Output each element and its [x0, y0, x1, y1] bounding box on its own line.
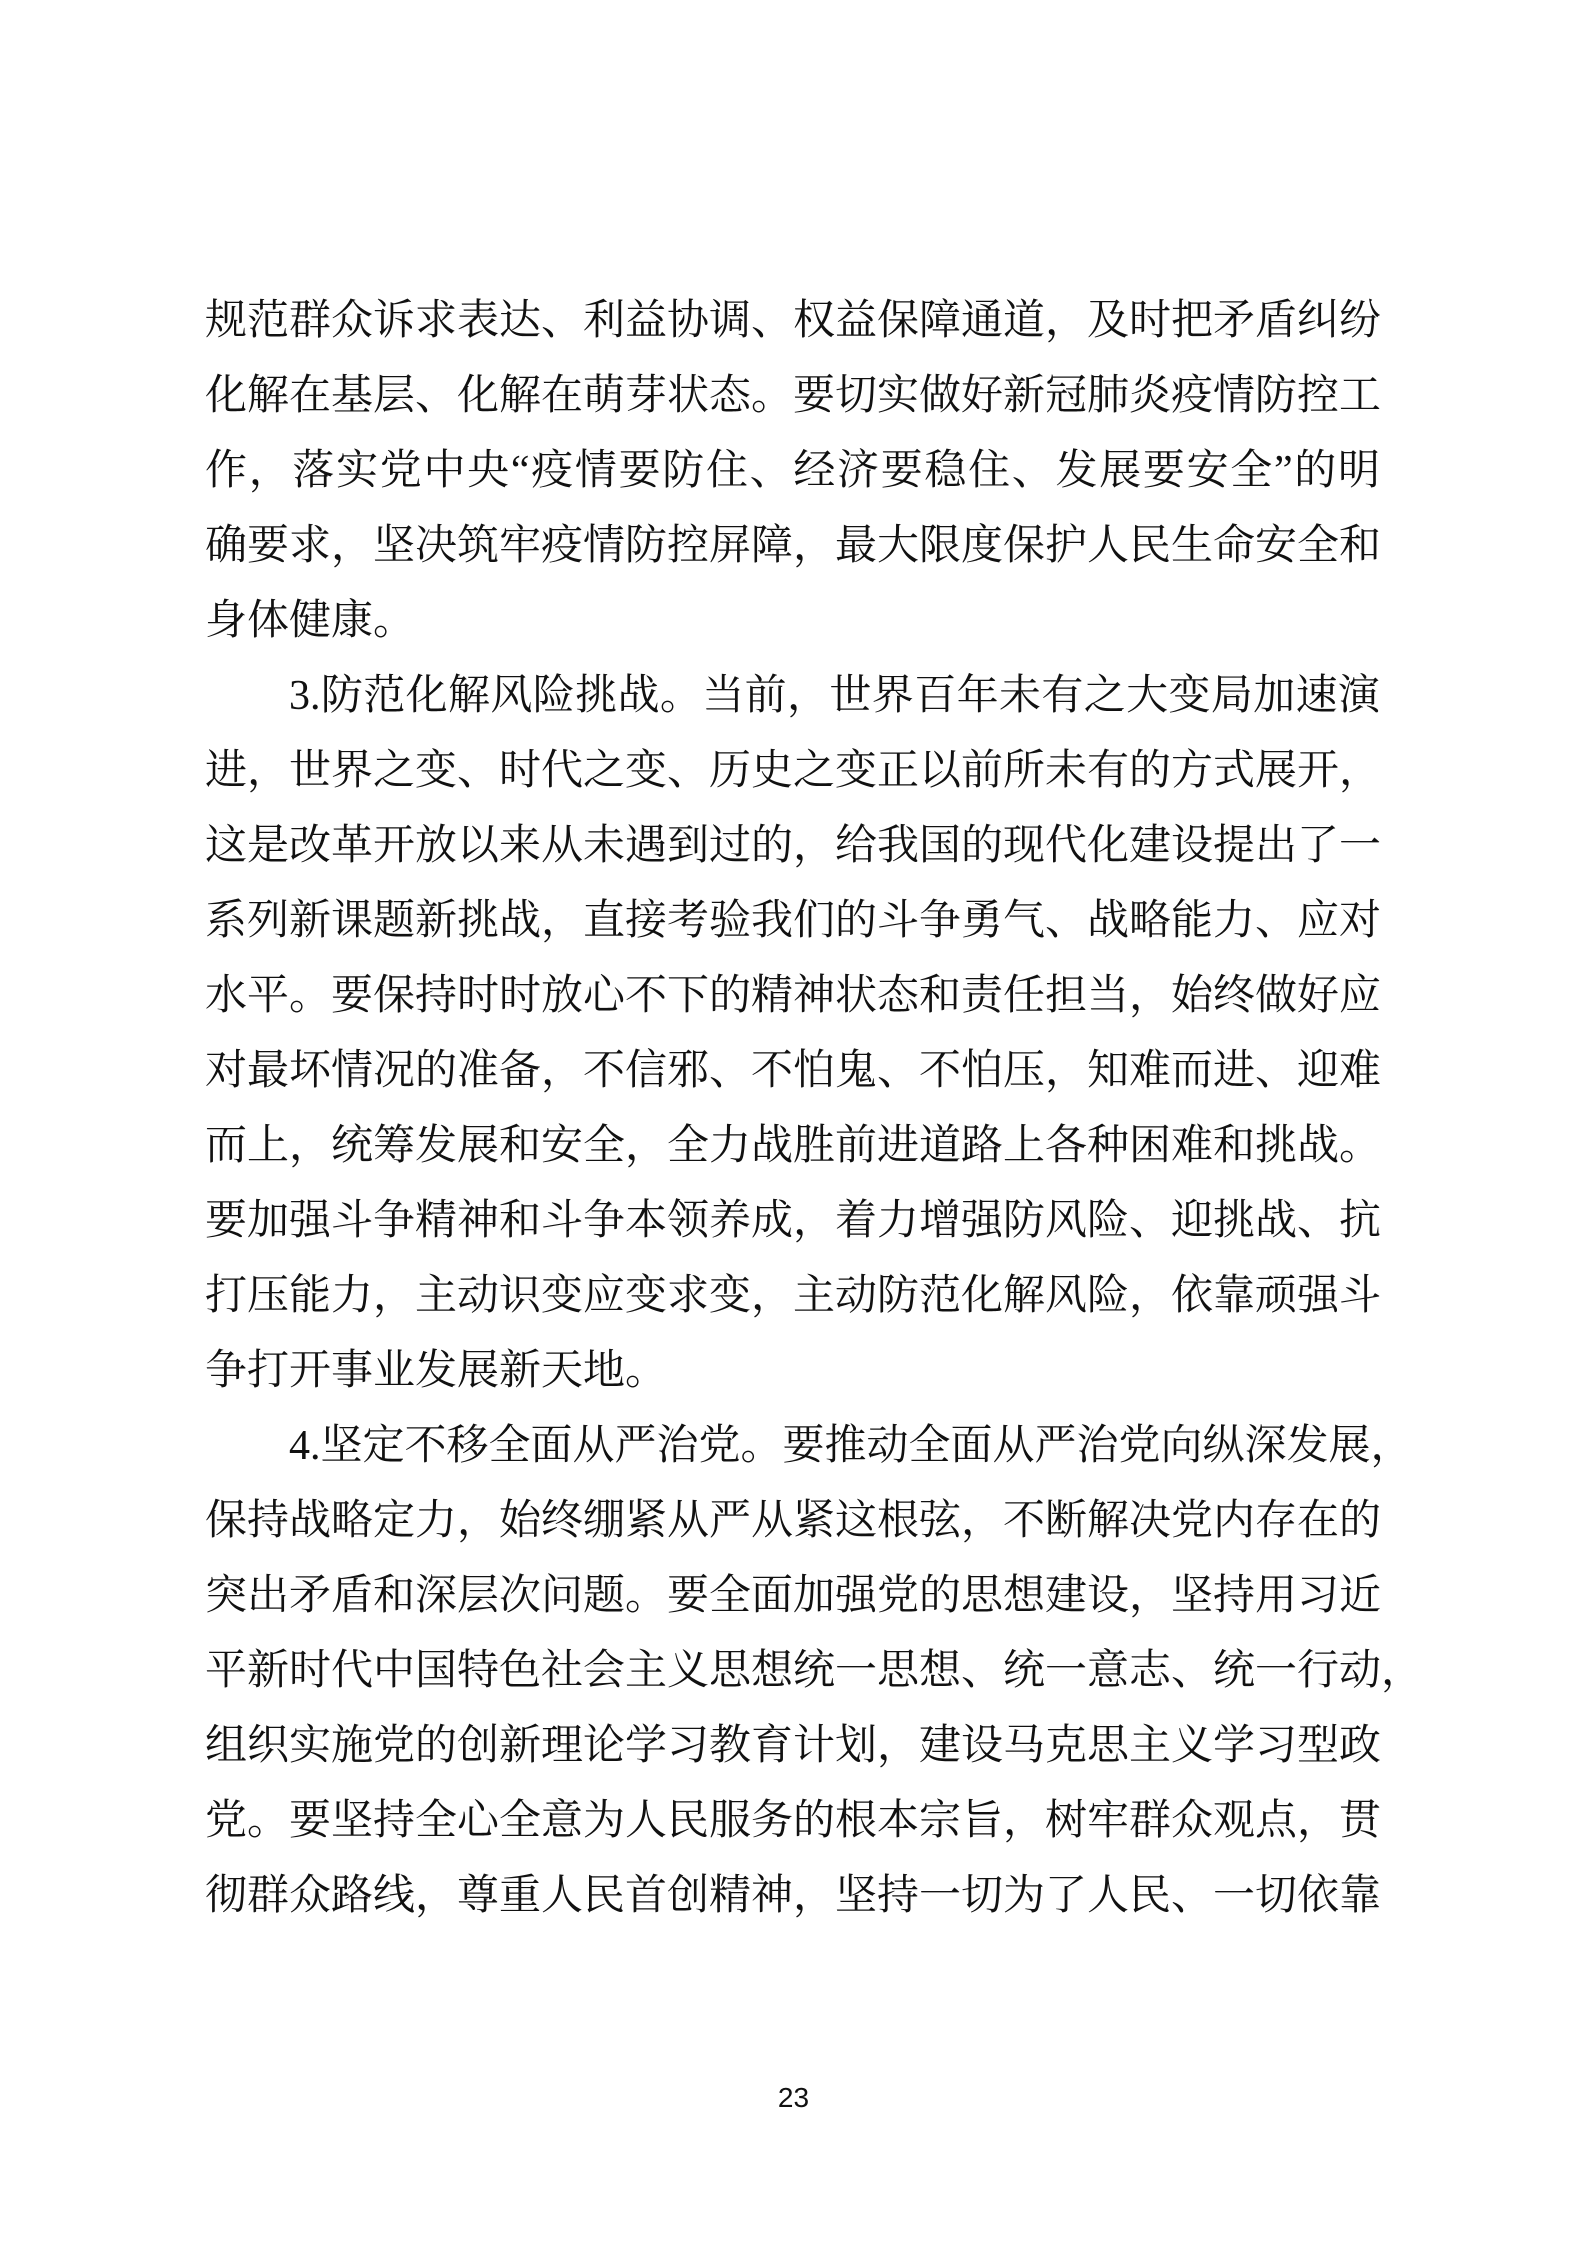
text-line: 彻群众路线，尊重人民首创精神，坚持一切为了人民、一切依靠 — [205, 1859, 1380, 1934]
text-line: 确要求，坚决筑牢疫情防控屏障，最大限度保护人民生命安全和 — [205, 509, 1380, 584]
text-line: 化解在基层、化解在萌芽状态。要切实做好新冠肺炎疫情防控工 — [205, 359, 1380, 434]
text-line: 要加强斗争精神和斗争本领养成，着力增强防风险、迎挑战、抗 — [205, 1184, 1380, 1259]
text-line: 党。要坚持全心全意为人民服务的根本宗旨，树牢群众观点，贯 — [205, 1784, 1380, 1859]
text-line: 而上，统筹发展和安全，全力战胜前进道路上各种困难和挑战。 — [205, 1109, 1380, 1184]
page-number: 23 — [0, 2080, 1587, 2116]
text-line: 突出矛盾和深层次问题。要全面加强党的思想建设，坚持用习近 — [205, 1559, 1380, 1634]
text-line: 争打开事业发展新天地。 — [205, 1334, 1380, 1409]
text-line: 组织实施党的创新理论学习教育计划，建设马克思主义学习型政 — [205, 1709, 1380, 1784]
text-line: 身体健康。 — [205, 584, 1380, 659]
document-body: 规范群众诉求表达、利益协调、权益保障通道，及时把矛盾纠纷化解在基层、化解在萌芽状… — [205, 284, 1380, 1934]
text-line: 4.坚定不移全面从严治党。要推动全面从严治党向纵深发展， — [205, 1409, 1380, 1484]
text-line: 这是改革开放以来从未遇到过的，给我国的现代化建设提出了一 — [205, 809, 1380, 884]
text-line: 规范群众诉求表达、利益协调、权益保障通道，及时把矛盾纠纷 — [205, 284, 1380, 359]
text-line: 3.防范化解风险挑战。当前，世界百年未有之大变局加速演 — [205, 659, 1380, 734]
text-line: 平新时代中国特色社会主义思想统一思想、统一意志、统一行动， — [205, 1634, 1380, 1709]
text-line: 作，落实党中央“疫情要防住、经济要稳住、发展要安全”的明 — [205, 434, 1380, 509]
text-line: 打压能力，主动识变应变求变，主动防范化解风险，依靠顽强斗 — [205, 1259, 1380, 1334]
text-line: 进，世界之变、时代之变、历史之变正以前所未有的方式展开， — [205, 734, 1380, 809]
text-line: 系列新课题新挑战，直接考验我们的斗争勇气、战略能力、应对 — [205, 884, 1380, 959]
text-line: 水平。要保持时时放心不下的精神状态和责任担当，始终做好应 — [205, 959, 1380, 1034]
text-line: 保持战略定力，始终绷紧从严从紧这根弦，不断解决党内存在的 — [205, 1484, 1380, 1559]
text-line: 对最坏情况的准备，不信邪、不怕鬼、不怕压，知难而进、迎难 — [205, 1034, 1380, 1109]
document-page: 规范群众诉求表达、利益协调、权益保障通道，及时把矛盾纠纷化解在基层、化解在萌芽状… — [0, 0, 1587, 2245]
